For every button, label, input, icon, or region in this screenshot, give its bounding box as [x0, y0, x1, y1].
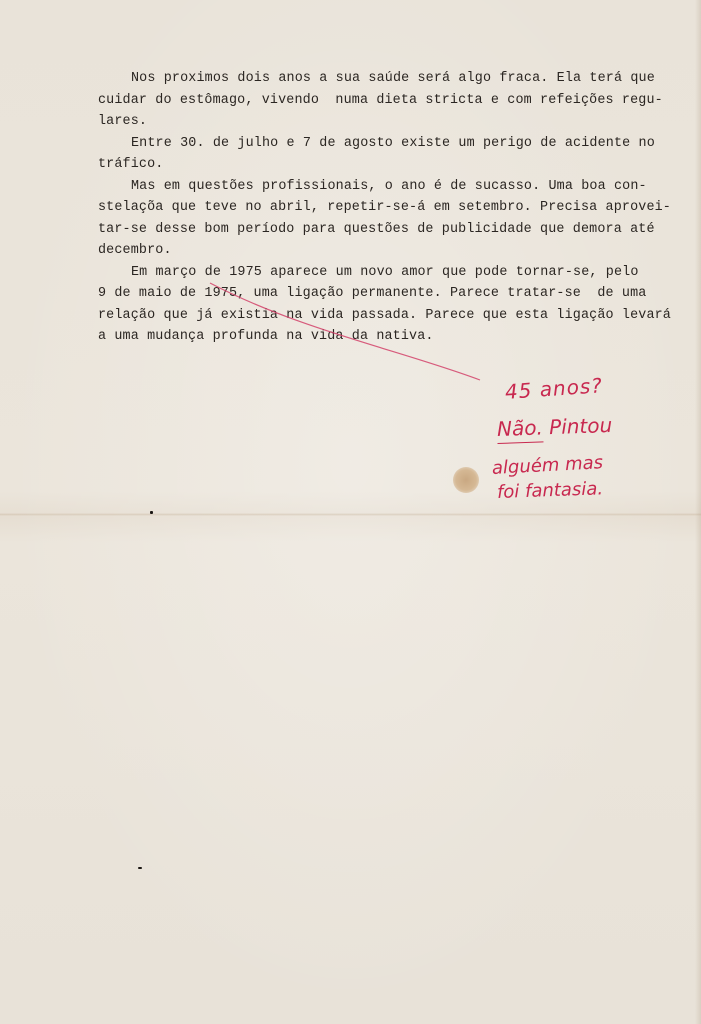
text-line: 9 de maio de 1975, uma ligação permanent… [98, 283, 688, 305]
text-line: Mas em questões profissionais, o ano é d… [98, 176, 688, 198]
text-line: decembro. [98, 240, 688, 262]
handwritten-note-age: 45 anos? [504, 373, 603, 404]
text-line: relação que já existia na vida passada. … [98, 305, 688, 327]
text-line: Em março de 1975 aparece um novo amor qu… [98, 262, 688, 284]
paper-stain [453, 467, 479, 493]
text-line: Nos proximos dois anos a sua saúde será … [98, 68, 688, 90]
handwritten-note-line4: foi fantasia. [497, 478, 604, 503]
handwritten-note-line3: alguém mas [491, 452, 603, 479]
typewritten-text: Nos proximos dois anos a sua saúde será … [98, 68, 688, 348]
handwritten-note-answer: Não. Pintou [497, 413, 613, 441]
ink-speck [150, 511, 153, 514]
text-line: tar-se desse bom período para questões d… [98, 219, 688, 241]
text-line: Entre 30. de julho e 7 de agosto existe … [98, 133, 688, 155]
text-line: tráfico. [98, 154, 688, 176]
handwritten-pintou: Pintou [549, 413, 613, 439]
paper-edge-shadow [695, 0, 701, 1024]
handwritten-no: Não. [497, 415, 544, 444]
ink-speck [138, 867, 142, 869]
scanned-document-page: Nos proximos dois anos a sua saúde será … [0, 0, 701, 1024]
text-line: a uma mudança profunda na vida da nativa… [98, 326, 688, 348]
text-line: cuidar do estômago, vivendo numa dieta s… [98, 90, 688, 112]
text-line: stelaçõa que teve no abril, repetir-se-á… [98, 197, 688, 219]
text-line: lares. [98, 111, 688, 133]
paper-fold-line [0, 513, 701, 516]
